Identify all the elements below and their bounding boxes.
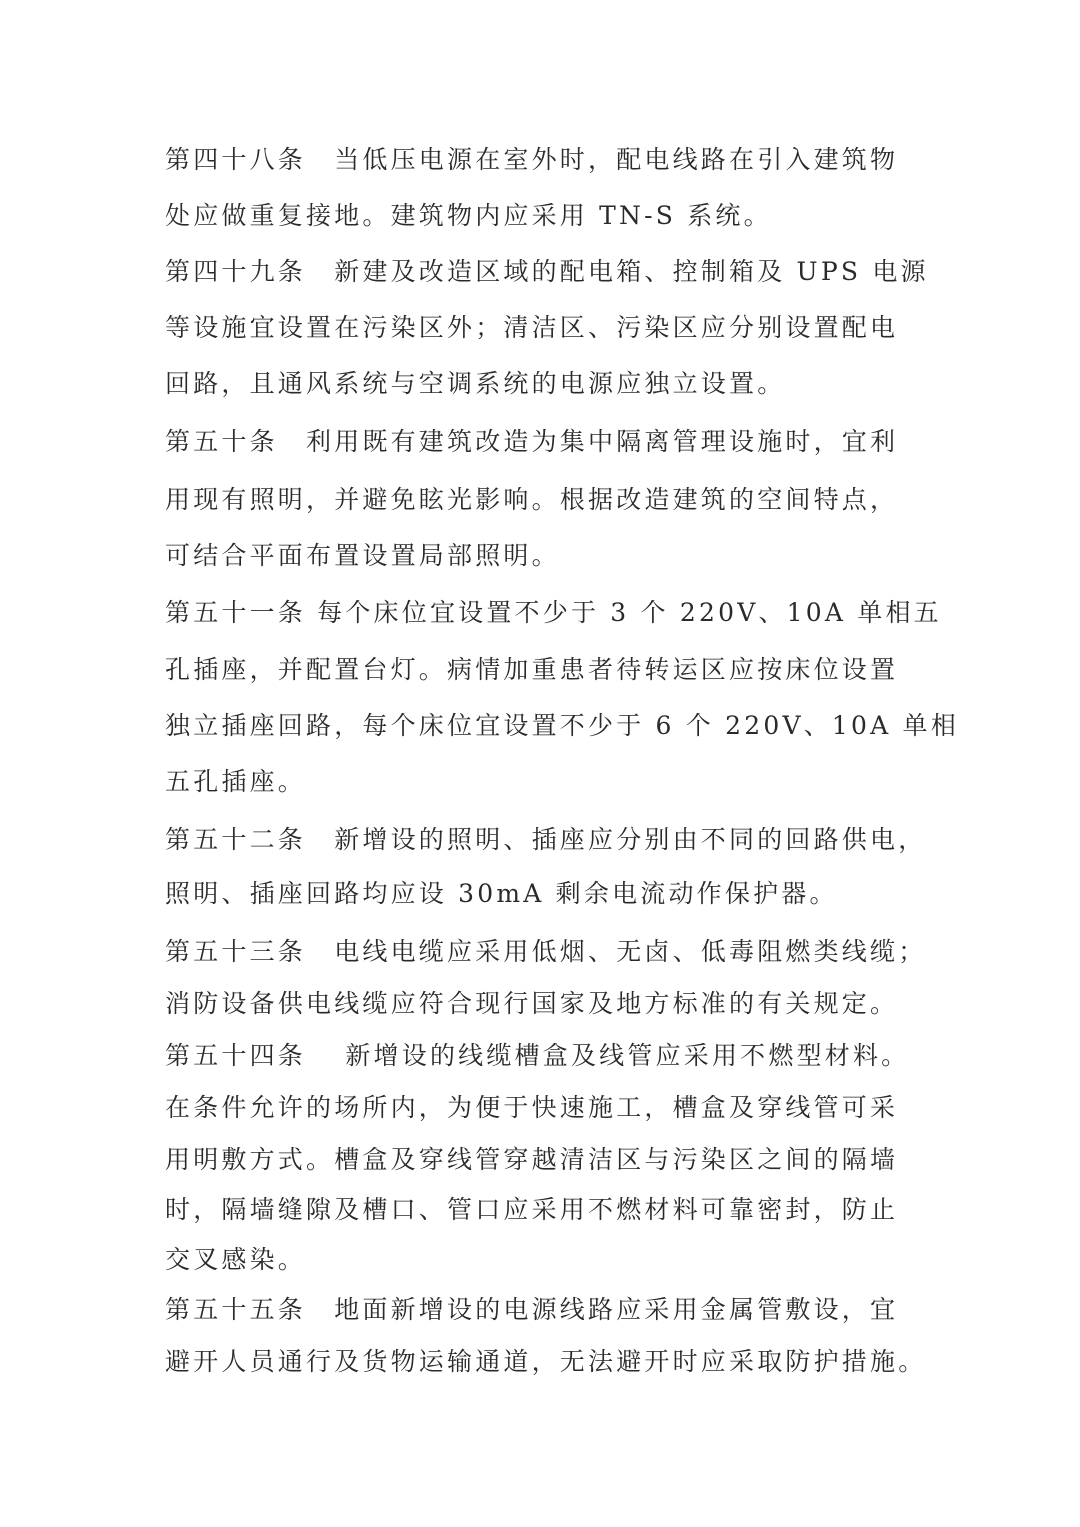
text-line: 五孔插座。	[165, 765, 925, 799]
text-line: 消防设备供电线缆应符合现行国家及地方标准的有关规定。	[165, 987, 925, 1021]
text-line: 在条件允许的场所内，为便于快速施工，槽盒及穿线管可采	[165, 1091, 925, 1125]
text-line: 处应做重复接地。建筑物内应采用 TN-S 系统。	[165, 199, 925, 233]
text-line: 避开人员通行及货物运输通道，无法避开时应采取防护措施。	[165, 1345, 925, 1379]
text-line: 第五十五条 地面新增设的电源线路应采用金属管敷设，宜	[165, 1293, 925, 1327]
text-line: 用明敷方式。槽盒及穿线管穿越清洁区与污染区之间的隔墙	[165, 1143, 925, 1177]
text-line: 第四十八条 当低压电源在室外时，配电线路在引入建筑物	[165, 143, 925, 177]
text-line: 可结合平面布置设置局部照明。	[165, 539, 925, 573]
document-page: 第四十八条 当低压电源在室外时，配电线路在引入建筑物 处应做重复接地。建筑物内应…	[0, 0, 1080, 1527]
text-line: 第五十条 利用既有建筑改造为集中隔离管理设施时，宜利	[165, 425, 925, 459]
text-line: 第五十三条 电线电缆应采用低烟、无卤、低毒阻燃类线缆；	[165, 935, 925, 969]
text-line: 第五十二条 新增设的照明、插座应分别由不同的回路供电，	[165, 823, 925, 857]
text-line: 交叉感染。	[165, 1243, 925, 1277]
text-line: 第四十九条 新建及改造区域的配电箱、控制箱及 UPS 电源	[165, 255, 925, 289]
text-line: 等设施宜设置在污染区外；清洁区、污染区应分别设置配电	[165, 311, 925, 345]
text-line: 时，隔墙缝隙及槽口、管口应采用不燃材料可靠密封，防止	[165, 1193, 925, 1227]
text-line: 回路，且通风系统与空调系统的电源应独立设置。	[165, 367, 925, 401]
text-line: 第五十一条 每个床位宜设置不少于 3 个 220V、10A 单相五	[165, 596, 925, 630]
text-line: 孔插座，并配置台灯。病情加重患者待转运区应按床位设置	[165, 653, 925, 687]
text-line: 用现有照明，并避免眩光影响。根据改造建筑的空间特点，	[165, 483, 925, 517]
text-line: 独立插座回路，每个床位宜设置不少于 6 个 220V、10A 单相	[165, 709, 925, 743]
text-line: 第五十四条 新增设的线缆槽盒及线管应采用不燃型材料。	[165, 1039, 925, 1073]
text-line: 照明、插座回路均应设 30mA 剩余电流动作保护器。	[165, 877, 925, 911]
